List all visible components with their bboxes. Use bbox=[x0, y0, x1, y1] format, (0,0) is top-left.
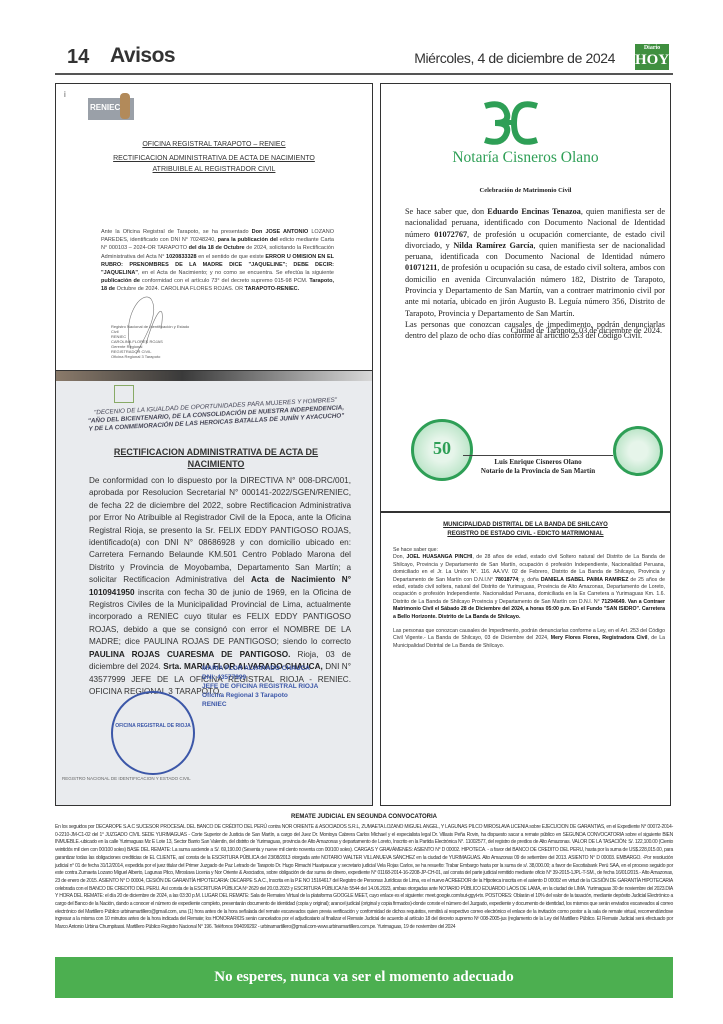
chief-stamp: MARIA FLOR ALVARADO CHAUCADNI: 43577999J… bbox=[202, 664, 318, 709]
notice-body: Ante la Oficina Registral de Tarapoto, s… bbox=[101, 228, 334, 294]
notice-reniec-tarapoto: i RENIEC OFICINA REGISTRAL TARAPOTO – RE… bbox=[55, 83, 373, 371]
remate-body: En los seguidos por DECAROPE S.A.C SUCES… bbox=[55, 824, 673, 932]
notice-municipalidad: MUNICIPALIDAD DISTRITAL DE LA BANDA DE S… bbox=[380, 512, 671, 806]
photo-edge bbox=[56, 371, 372, 381]
page-header: 14 Avisos Miércoles, 4 de diciembre de 2… bbox=[55, 44, 673, 72]
notice-body: Se hace saber que: Don, JOEL HUASANGA PI… bbox=[393, 547, 665, 650]
notice-notaria: Notaría Cisneros Olano Celebración de Ma… bbox=[380, 83, 671, 512]
notaria-name: Notaría Cisneros Olano bbox=[381, 149, 670, 167]
remate-title: REMATE JUDICIAL EN SEGUNDA CONVOCATORIA bbox=[55, 814, 673, 820]
stamp-text: Registro Nacional de Identificación y Es… bbox=[111, 324, 191, 359]
info-mark-icon: i bbox=[64, 90, 66, 99]
notice-intro: Se hace saber que: bbox=[393, 547, 665, 554]
logo-small-text: Diario bbox=[635, 44, 669, 52]
signer-name: Luis Enrique Cisneros Olano bbox=[463, 458, 613, 467]
diario-hoy-logo: Diario HOY bbox=[635, 44, 669, 70]
notice-body-paragraph-2: Las personas que conozcan causales de Im… bbox=[393, 628, 665, 650]
notice-subtitle: Celebración de Matrimonio Civil bbox=[381, 187, 670, 194]
header-rule bbox=[55, 73, 673, 75]
reniec-logo-icon bbox=[114, 385, 134, 403]
issue-date: Miércoles, 4 de diciembre de 2024 bbox=[414, 50, 615, 66]
notice-reniec-rioja: "DECENIO DE LA IGUALDAD DE OPORTUNIDADES… bbox=[55, 370, 373, 806]
section-title: Avisos bbox=[110, 44, 175, 68]
notice-date: Ciudad de Tarapoto, 03 de diciembre de 2… bbox=[511, 326, 662, 335]
notice-office-title: OFICINA REGISTRAL TARAPOTO – RENIEC bbox=[56, 141, 372, 148]
logo-big-text: HOY bbox=[635, 52, 669, 68]
notice-title: RECTIFICACION ADMINISTRATIVA DE ACTA DE … bbox=[96, 446, 336, 470]
reniec-logo-text: RENIEC bbox=[90, 103, 120, 112]
notice-title-line-2: REGISTRO DE ESTADO CIVIL - EDICTO MATRIM… bbox=[381, 530, 670, 539]
page-number: 14 bbox=[67, 46, 89, 69]
notice-body-paragraph-1: Se hace saber que, don Eduardo Encinas T… bbox=[405, 206, 665, 319]
notary-signature: Luis Enrique Cisneros Olano Notario de l… bbox=[463, 455, 613, 476]
notary-seal-icon bbox=[613, 426, 663, 476]
seal-text: OFICINA REGISTRAL DE RIOJA bbox=[113, 723, 193, 729]
notice-body: Se hace saber que, don Eduardo Encinas T… bbox=[405, 206, 665, 342]
slogan-banner: No esperes, nunca va ser el momento adec… bbox=[55, 957, 673, 998]
notice-title-line-1: RECTIFICACION ADMINISTRATIVA DE ACTA DE … bbox=[56, 155, 372, 162]
signer-title: Notario de la Provincia de San Martín bbox=[463, 467, 613, 476]
notice-title-line-2: ATRIBUIBLE AL REGISTRADOR CIVIL bbox=[56, 166, 372, 173]
rioja-seal-icon: OFICINA REGISTRAL DE RIOJA bbox=[111, 691, 195, 775]
notice-body-paragraph-1: Don, JOEL HUASANGA PINCHI, de 28 años de… bbox=[393, 554, 665, 621]
reniec-logo-icon: RENIEC bbox=[88, 98, 134, 120]
notice-title-line-1: MUNICIPALIDAD DISTRITAL DE LA BANDA DE S… bbox=[381, 521, 670, 530]
notice-title: MUNICIPALIDAD DISTRITAL DE LA BANDA DE S… bbox=[381, 521, 670, 538]
signature-stamp: Registro Nacional de Identificación y Es… bbox=[111, 289, 191, 359]
notaria-logo-icon bbox=[481, 98, 541, 148]
notice-footer: REGISTRO NACIONAL DE IDENTIFICACION Y ES… bbox=[62, 776, 191, 781]
